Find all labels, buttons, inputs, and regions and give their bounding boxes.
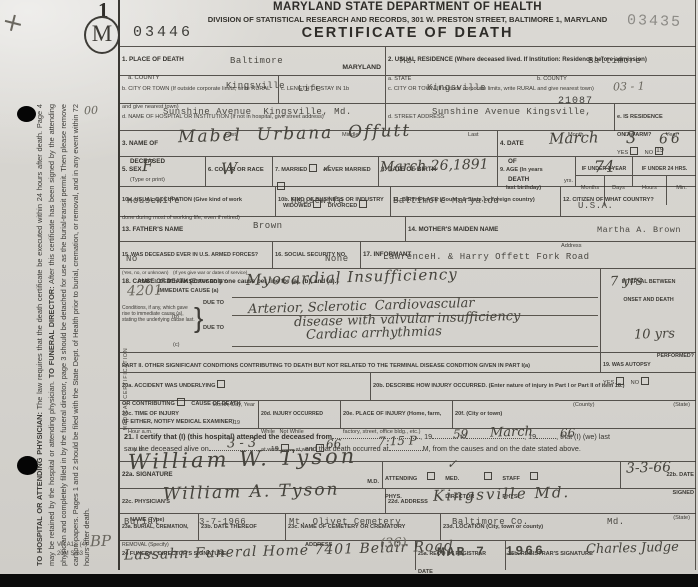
- dod-label: 4. DATE: [500, 140, 524, 147]
- place-of-injury-label: 20e. PLACE OF INJURY (Home, farm,: [343, 411, 441, 417]
- race-label: 6. COLOR OR RACE: [208, 167, 264, 173]
- med-director-label: MED.: [445, 476, 459, 482]
- brace-glyph: }: [194, 302, 203, 334]
- year-pre: 19: [656, 147, 664, 155]
- usual-residence-label: 2. USUAL RESIDENCE (Where deceased lived…: [388, 56, 647, 63]
- under-1-year-cell: IF UNDER 1 YEAR Months Days: [575, 157, 632, 186]
- certificate-form: MARYLAND STATE DEPARTMENT OF HEALTH DIVI…: [118, 0, 696, 570]
- staff-phys-label: STAFF: [502, 476, 520, 482]
- usual-residence-section: 2. USUAL RESIDENCE (Where deceased lived…: [385, 47, 696, 130]
- instruction-funeral-lead: TO FUNERAL DIRECTOR:: [47, 286, 56, 378]
- day-header: Day: [625, 132, 635, 138]
- row-signature: 22a. SIGNATURE M.D. ATTENDINGPHYS. MED.D…: [120, 461, 696, 488]
- last-header: Last: [468, 132, 479, 138]
- funeral-address-label: ADDRESS: [305, 542, 332, 548]
- physician-address-label: 22d. ADDRESS: [388, 499, 428, 505]
- row-place-residence: 1. PLACE OF DEATH a. COUNTY MARYLAND b. …: [120, 46, 696, 130]
- certificate-title: CERTIFICATE OF DEATH: [120, 25, 695, 41]
- interval-label-1: INTERVAL BETWEEN: [622, 279, 676, 285]
- hospital-label: d. NAME OF HOSPITAL OR INSTITUTION (If n…: [122, 114, 324, 120]
- recd-date-label: DATE: [418, 569, 433, 575]
- certify-blank-from-y: [432, 431, 458, 439]
- monogram-stamp: M: [84, 16, 120, 54]
- age-label: 9. AGE (In years: [500, 167, 543, 173]
- cause-line-b: [232, 315, 598, 316]
- location-state-label: (State): [673, 515, 690, 521]
- state-printed-label: MARYLAND: [342, 64, 381, 72]
- dob-label: 8. DATE OF BIRTH: [381, 166, 436, 173]
- informant-label: 17. INFORMANT: [363, 251, 411, 258]
- recd-by-registrar-label: 25a. REC'D BY REGISTRAR: [418, 551, 486, 557]
- certify-blank-time: [389, 443, 423, 451]
- form-code-line1: VR A1S (4): [57, 541, 87, 550]
- due-to-2-label: DUE TO: [203, 325, 224, 331]
- line-c-label: (c): [173, 342, 180, 348]
- row-name-dod: 3. NAME OF DECEASED (Type or print) Firs…: [120, 130, 696, 156]
- row-demographics: 5. SEX 6. COLOR OR RACE 7. MARRIED NEVER…: [120, 156, 696, 186]
- cause-of-death-cell: 18. CAUSE OF DEATH (Enter only one cause…: [120, 269, 600, 352]
- conditions-note: Conditions, if any, which gave rise to i…: [122, 306, 195, 323]
- certify-blank-alive: [209, 443, 271, 451]
- month-header: Month: [568, 132, 584, 138]
- accident-label-1: 20a. ACCIDENT WAS UNDERLYING: [122, 383, 215, 389]
- under-1-year-label: IF UNDER 1 YEAR: [582, 166, 627, 172]
- physician-type-cell: ATTENDINGPHYS. MED.DIRECTOR STAFFPHYS.: [382, 462, 620, 488]
- accident-underlying-checkbox: [217, 380, 225, 388]
- name-label: 3. NAME OF: [122, 140, 158, 147]
- farm-label-1: e. IS RESIDENCE: [617, 114, 663, 120]
- under-24-hrs-cell: IF UNDER 24 HRS. Hours Min.: [632, 157, 696, 186]
- occupation-label: 10a. USUAL OCCUPATION (Give kind of work: [122, 197, 242, 203]
- row-certify: 21. I certify that (I) (this hospital) a…: [120, 428, 696, 461]
- scanned-death-certificate: 1 M TO HOSPITAL OR ATTENDING PHYSICIAN: …: [0, 0, 698, 574]
- first-header: First: [225, 132, 236, 138]
- year-19-label: 19: [234, 420, 240, 426]
- date-signed-label: 22b. DATE: [666, 472, 694, 478]
- row-forces-ssn-informant: 15. WAS DECEASED EVER IN U.S. ARMED FORC…: [120, 241, 696, 268]
- interval-cell: INTERVAL BETWEEN ONSET AND DEATH: [600, 269, 696, 352]
- date-thereof-label: 23b. DATE THEREOF: [201, 524, 257, 530]
- citizen-label: 12. CITIZEN OF WHAT COUNTRY?: [563, 197, 654, 203]
- part2-label: PART II. OTHER SIGNIFICANT CONDITIONS CO…: [122, 363, 530, 369]
- sex-label: 5. SEX: [122, 166, 142, 173]
- mother-label: 14. MOTHER'S MAIDEN NAME: [408, 226, 498, 233]
- row-injury-details: 20c. TIME OF INJURY Month, Day, Year Hou…: [120, 400, 696, 428]
- monogram-letter: M: [92, 21, 112, 46]
- autopsy-label-2: PERFORMED?: [657, 353, 694, 359]
- interval-label-2: ONSET AND DEATH: [623, 297, 673, 303]
- certify-text-9: M, from the causes and on the date state…: [423, 444, 581, 453]
- ssn-label: 16. SOCIAL SECURITY NO.: [275, 252, 347, 258]
- row-funeral-registrar: 24 FUNERAL DIRECTOR'S SIGNATURE ADDRESS …: [120, 540, 696, 570]
- med-director-checkbox: [484, 472, 492, 480]
- md-label: M.D.: [367, 479, 379, 485]
- injury-occurred-label: 20d. INJURY OCCURRED: [261, 411, 323, 417]
- certify-blank-alive-y: [279, 443, 301, 451]
- place-of-death-section: 1. PLACE OF DEATH a. COUNTY MARYLAND b. …: [120, 47, 385, 130]
- pencil-mark-top-left: +: [0, 6, 27, 40]
- autopsy-label: 19. WAS AUTOPSY: [603, 362, 651, 368]
- form-code-line2: 20M S-63: [57, 550, 87, 559]
- cemetery-label: 23c. NAME OF CEMETERY OR CREMATORY: [288, 524, 405, 530]
- mdy-label: Month, Day, Year: [213, 402, 256, 408]
- yrs-label: yrs.: [564, 178, 573, 184]
- funeral-director-label: 24 FUNERAL DIRECTOR'S SIGNATURE: [122, 551, 226, 557]
- row-occupation: 10a. USUAL OCCUPATION (Give kind of work…: [120, 186, 696, 216]
- street-address-label: d. STREET ADDRESS: [388, 114, 444, 120]
- cause-line-c: [232, 346, 598, 347]
- never-married-label: NEVER MARRIED: [324, 167, 371, 173]
- name-of-deceased-cell: 3. NAME OF DECEASED (Type or print) Firs…: [120, 131, 497, 156]
- year-header: Year: [666, 132, 677, 138]
- row-burial: 23a. BURIAL, CREMATION, REMOVAL (Specify…: [120, 513, 696, 540]
- certify-blank-from: [332, 431, 420, 439]
- part1-label: PART I. DEATH WAS CAUSED BY:: [138, 279, 228, 285]
- certify-blank-to: [466, 431, 524, 439]
- immediate-cause-label: IMMEDIATE CAUSE (a): [158, 288, 219, 294]
- certify-text-7: 19: [271, 444, 279, 453]
- armed-forces-label: 15. WAS DECEASED EVER IN U.S. ARMED FORC…: [122, 252, 258, 258]
- staff-phys-checkbox: [530, 472, 538, 480]
- attending-label: ATTENDING: [385, 476, 417, 482]
- signature-label: 22a. SIGNATURE: [122, 471, 173, 478]
- certify-text-4: , 19: [524, 432, 536, 441]
- residence-city-label: c. CITY OR TOWN (If outside corporate li…: [388, 86, 594, 92]
- certify-text-8: , and that death occurred at: [301, 444, 389, 453]
- registrar-signature-label: 25b. REGISTRAR'S SIGNATURE: [508, 551, 593, 557]
- form-grid: 1. PLACE OF DEATH a. COUNTY MARYLAND b. …: [120, 46, 696, 570]
- location-label: 23d. LOCATION (City, town or county): [443, 524, 543, 530]
- certify-text-6: saw the deceased alive on: [124, 444, 209, 453]
- physician-name-label: 22c. PHYSICIAN'S: [122, 499, 170, 505]
- how-injury-label: 20b. DESCRIBE HOW INJURY OCCURRED. (Ente…: [373, 383, 624, 389]
- time-of-injury-label: 20c. TIME OF INJURY: [122, 411, 179, 417]
- injury-county-label: (County): [573, 402, 594, 408]
- attending-phys-checkbox: [427, 472, 435, 480]
- injury-state-label: (State): [673, 402, 690, 408]
- due-to-1-label: DUE TO: [203, 300, 224, 306]
- row-part2-autopsy: PART II. OTHER SIGNIFICANT CONDITIONS CO…: [120, 352, 696, 372]
- informant-address-label: Address: [561, 243, 582, 249]
- burial-label: 23a. BURIAL, CREMATION,: [122, 524, 188, 530]
- married-label: 7. MARRIED: [275, 167, 307, 173]
- birthplace-label: 11. BIRTHPLACE (County & State, or forei…: [393, 197, 535, 203]
- injury-city-label: 20f. (City or town): [455, 411, 502, 417]
- marital-cell: 7. MARRIED NEVER MARRIED WIDOWED DIVORCE…: [272, 157, 378, 186]
- certify-text-2: , 19: [420, 432, 432, 441]
- certify-text-1: 21. I certify that (I) (this hospital) a…: [124, 432, 332, 441]
- row-parents: 13. FATHER'S NAME 14. MOTHER'S MAIDEN NA…: [120, 216, 696, 241]
- certify-text-5: , that (I) (we) last: [556, 432, 610, 441]
- father-label: 13. FATHER'S NAME: [122, 226, 183, 233]
- place-of-death-label: 1. PLACE OF DEATH: [122, 56, 184, 63]
- margin-instructions: TO HOSPITAL OR ATTENDING PHYSICIAN: The …: [34, 104, 93, 566]
- row-accident: 20a. ACCIDENT WAS UNDERLYING OR CONTRIBU…: [120, 372, 696, 400]
- length-of-stay-label: c. LENGTH OF STAY IN 1b: [281, 86, 349, 92]
- married-checkbox: [309, 164, 317, 172]
- industry-label: 10b. KIND OF BUSINESS OR INDUSTRY: [278, 197, 384, 203]
- under-24-hrs-label: IF UNDER 24 HRS.: [642, 166, 688, 172]
- form-code: VR A1S (4) 20M S-63: [57, 541, 87, 559]
- date-of-death-cell: 4. DATE OF DEATH Month Day Year 19: [497, 131, 696, 156]
- row-cause-of-death: 18. CAUSE OF DEATH (Enter only one cause…: [120, 268, 696, 352]
- middle-header: Middle: [342, 132, 358, 138]
- certify-blank-to-y: [536, 431, 556, 439]
- instruction-hospital-lead: TO HOSPITAL OR ATTENDING PHYSICIAN:: [35, 412, 44, 566]
- row-physician-name: 22c. PHYSICIAN'S NAME (Type) 22d. ADDRES…: [120, 488, 696, 513]
- division-line: DIVISION OF STATISTICAL RESEARCH AND REC…: [120, 15, 695, 24]
- department-title: MARYLAND STATE DEPARTMENT OF HEALTH: [120, 1, 695, 13]
- cause-line-a: [232, 297, 598, 298]
